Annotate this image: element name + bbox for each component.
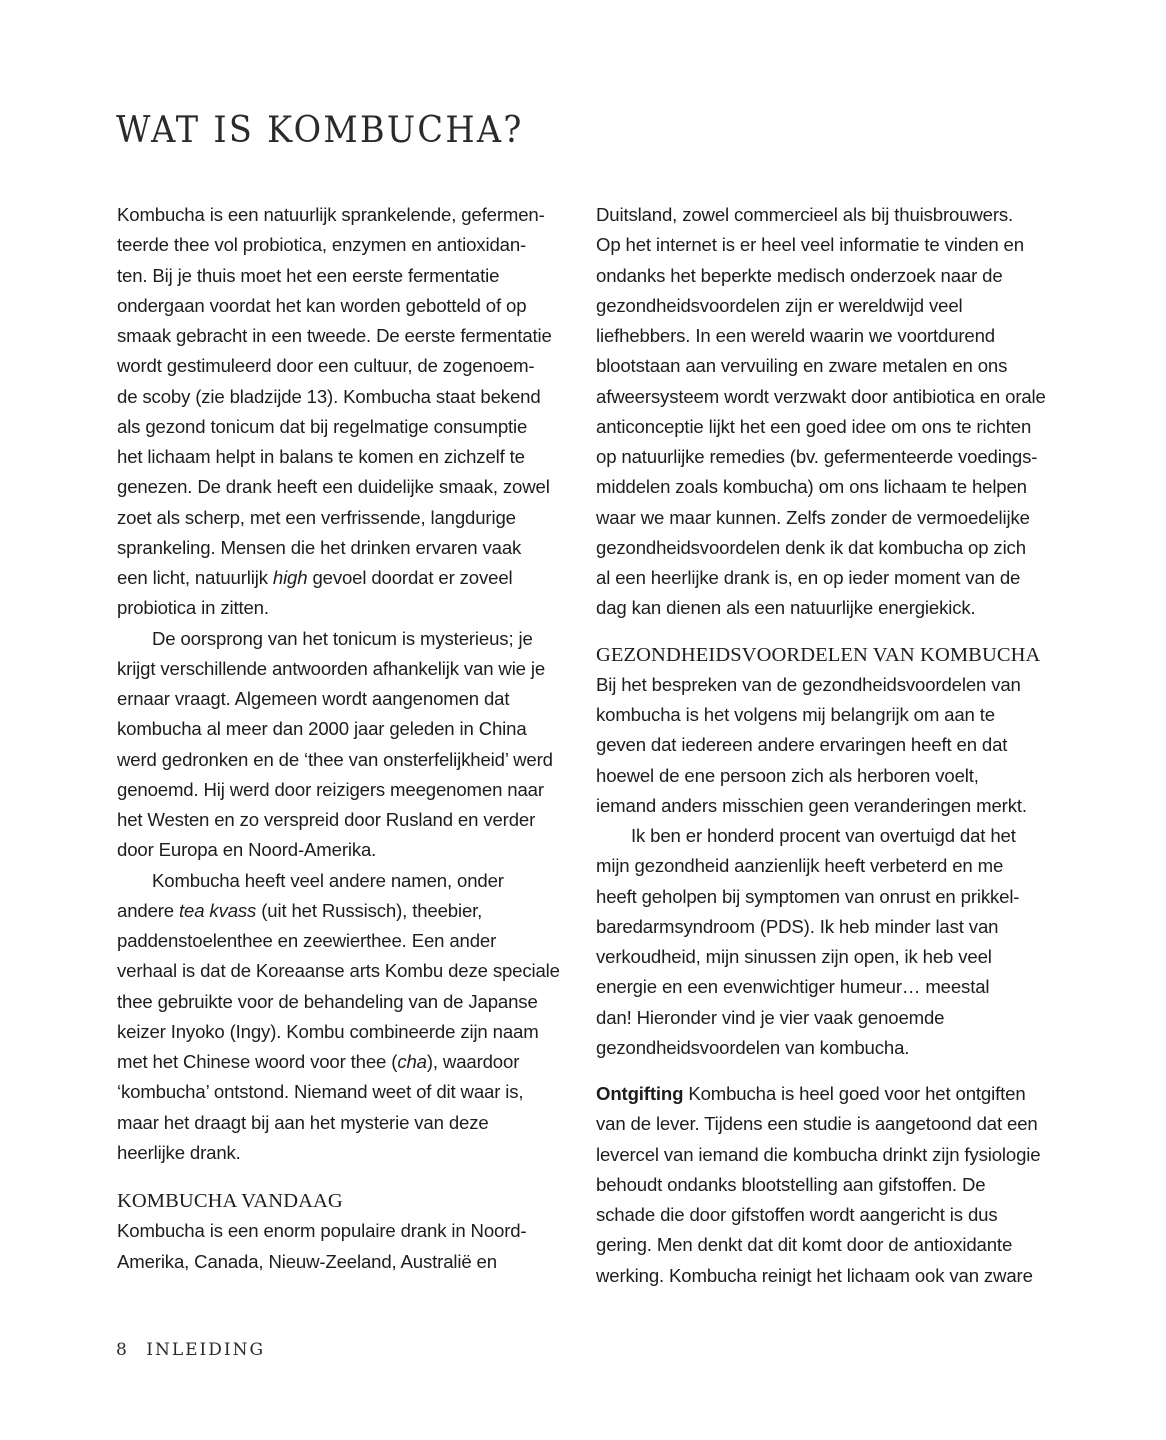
text-line: gering. Men denkt dat dit komt door de a… bbox=[596, 1230, 1056, 1260]
text-line: waar we maar kunnen. Zelfs zonder de ver… bbox=[596, 503, 1056, 533]
text-line: schade die door gifstoffen wordt aangeri… bbox=[596, 1200, 1056, 1230]
text-line: al een heerlijke drank is, en op ieder m… bbox=[596, 563, 1056, 593]
spacer bbox=[596, 1063, 1056, 1079]
page-title: WAT IS KOMBUCHA? bbox=[116, 110, 524, 151]
text-line: heerlijke drank. bbox=[117, 1138, 579, 1168]
text-line: Amerika, Canada, Nieuw-Zeeland, Australi… bbox=[117, 1247, 579, 1277]
text-line: dag kan dienen als een natuurlijke energ… bbox=[596, 593, 1056, 623]
spacer bbox=[117, 1168, 579, 1186]
text-line: de scoby (zie bladzijde 13). Kombucha st… bbox=[117, 382, 579, 412]
text-line: teerde thee vol probiotica, enzymen en a… bbox=[117, 230, 579, 260]
text-line: sprankeling. Mensen die het drinken erva… bbox=[117, 533, 579, 563]
text-segment: met het Chinese woord voor thee ( bbox=[117, 1051, 397, 1072]
text-segment: andere bbox=[117, 900, 179, 921]
text-line: werking. Kombucha reinigt het lichaam oo… bbox=[596, 1261, 1056, 1291]
text-segment: ), waardoor bbox=[427, 1051, 519, 1072]
text-segment: een licht, natuurlijk bbox=[117, 567, 273, 588]
text-line: krijgt verschillende antwoorden afhankel… bbox=[117, 654, 579, 684]
text-line: Ik ben er honderd procent van overtuigd … bbox=[596, 821, 1056, 851]
text-line: paddenstoelenthee en zeewierthee. Een an… bbox=[117, 926, 579, 956]
text-line: een licht, natuurlijk high gevoel doorda… bbox=[117, 563, 579, 593]
text-line: keizer Inyoko (Ingy). Kombu combineerde … bbox=[117, 1017, 579, 1047]
today-paragraph: Kombucha is een enorm populaire drank in… bbox=[117, 1216, 579, 1277]
benefits-intro-paragraph: Bij het bespreken van de gezondheidsvoor… bbox=[596, 670, 1056, 821]
text-segment: gevoel doordat er zoveel bbox=[307, 567, 512, 588]
text-line: van de lever. Tijdens een studie is aang… bbox=[596, 1109, 1056, 1139]
text-line: anticonceptie lijkt het een goed idee om… bbox=[596, 412, 1056, 442]
text-line: levercel van iemand die kombucha drinkt … bbox=[596, 1140, 1056, 1170]
text-line: blootstaan aan vervuiling en zware metal… bbox=[596, 351, 1056, 381]
text-line: ‘kombucha’ ontstond. Niemand weet of dit… bbox=[117, 1077, 579, 1107]
text-line: kombucha is het volgens mij belangrijk o… bbox=[596, 700, 1056, 730]
bold-run-in-heading: Ontgifting bbox=[596, 1083, 683, 1104]
text-line: Kombucha heeft veel andere namen, onder bbox=[117, 866, 579, 896]
text-line: baredarmsyndroom (PDS). Ik heb minder la… bbox=[596, 912, 1056, 942]
text-line: ernaar vraagt. Algemeen wordt aangenomen… bbox=[117, 684, 579, 714]
text-line: iemand anders misschien geen verandering… bbox=[596, 791, 1056, 821]
origin-paragraph: De oorsprong van het tonicum is mysterie… bbox=[117, 624, 579, 866]
text-line: Op het internet is er heel veel informat… bbox=[596, 230, 1056, 260]
spacer bbox=[596, 624, 1056, 640]
text-line: het Westen en zo verspreid door Rusland … bbox=[117, 805, 579, 835]
text-line: afweersysteem wordt verzwakt door antibi… bbox=[596, 382, 1056, 412]
personal-paragraph: Ik ben er honderd procent van overtuigd … bbox=[596, 821, 1056, 1063]
text-line: middelen zoals kombucha) om ons lichaam … bbox=[596, 472, 1056, 502]
text-line: ondergaan voordat het kan worden gebotte… bbox=[117, 291, 579, 321]
text-line: liefhebbers. In een wereld waarin we voo… bbox=[596, 321, 1056, 351]
text-line: gezondheidsvoordelen van kombucha. bbox=[596, 1033, 1056, 1063]
text-line: heeft geholpen bij symptomen van onrust … bbox=[596, 882, 1056, 912]
page-number: 8 bbox=[116, 1340, 129, 1360]
text-line: als gezond tonicum dat bij regelmatige c… bbox=[117, 412, 579, 442]
left-column: Kombucha is een natuurlijk sprankelende,… bbox=[117, 200, 579, 1277]
text-segment: (uit het Russisch), theebier, bbox=[256, 900, 482, 921]
continued-paragraph: Duitsland, zowel commercieel als bij thu… bbox=[596, 200, 1056, 624]
italic-term: cha bbox=[397, 1051, 427, 1072]
section-heading-gezondheidsvoordelen: GEZONDHEIDSVOORDELEN VAN KOMBUCHA bbox=[596, 640, 1056, 670]
text-line: verhaal is dat de Koreaanse arts Kombu d… bbox=[117, 956, 579, 986]
text-line: mijn gezondheid aanzienlijk heeft verbet… bbox=[596, 851, 1056, 881]
detox-paragraph: Ontgifting Kombucha is heel goed voor he… bbox=[596, 1079, 1056, 1291]
text-line: Kombucha is een enorm populaire drank in… bbox=[117, 1216, 579, 1246]
text-line: behoudt ondanks blootstelling aan gifsto… bbox=[596, 1170, 1056, 1200]
text-line: andere tea kvass (uit het Russisch), the… bbox=[117, 896, 579, 926]
text-line: kombucha al meer dan 2000 jaar geleden i… bbox=[117, 714, 579, 744]
text-line: genoemd. Hij werd door reizigers meegeno… bbox=[117, 775, 579, 805]
text-line: het lichaam helpt in balans te komen en … bbox=[117, 442, 579, 472]
text-line: door Europa en Noord-Amerika. bbox=[117, 835, 579, 865]
section-heading-kombucha-vandaag: KOMBUCHA VANDAAG bbox=[117, 1186, 579, 1216]
text-line: werd gedronken en de ‘thee van onsterfel… bbox=[117, 745, 579, 775]
intro-paragraph: Kombucha is een natuurlijk sprankelende,… bbox=[117, 200, 579, 624]
text-line: smaak gebracht in een tweede. De eerste … bbox=[117, 321, 579, 351]
text-line: verkoudheid, mijn sinussen zijn open, ik… bbox=[596, 942, 1056, 972]
text-segment: Kombucha is heel goed voor het ontgiften bbox=[683, 1083, 1025, 1104]
text-line: op natuurlijke remedies (bv. gefermentee… bbox=[596, 442, 1056, 472]
text-line: met het Chinese woord voor thee (cha), w… bbox=[117, 1047, 579, 1077]
text-line: Bij het bespreken van de gezondheidsvoor… bbox=[596, 670, 1056, 700]
text-line: Ontgifting Kombucha is heel goed voor he… bbox=[596, 1079, 1056, 1109]
names-paragraph: Kombucha heeft veel andere namen, onder … bbox=[117, 866, 579, 1169]
section-name: INLEIDING bbox=[146, 1340, 265, 1360]
italic-term: tea kvass bbox=[179, 900, 256, 921]
italic-term: high bbox=[273, 567, 308, 588]
text-line: De oorsprong van het tonicum is mysterie… bbox=[117, 624, 579, 654]
text-line: ten. Bij je thuis moet het een eerste fe… bbox=[117, 261, 579, 291]
text-line: geven dat iedereen andere ervaringen hee… bbox=[596, 730, 1056, 760]
text-line: hoewel de ene persoon zich als herboren … bbox=[596, 761, 1056, 791]
right-column: Duitsland, zowel commercieel als bij thu… bbox=[596, 200, 1056, 1291]
text-line: Kombucha is een natuurlijk sprankelende,… bbox=[117, 200, 579, 230]
page-footer: 8 INLEIDING bbox=[116, 1340, 265, 1360]
text-line: wordt gestimuleerd door een cultuur, de … bbox=[117, 351, 579, 381]
text-line: thee gebruikte voor de behandeling van d… bbox=[117, 987, 579, 1017]
text-line: probiotica in zitten. bbox=[117, 593, 579, 623]
text-line: Duitsland, zowel commercieel als bij thu… bbox=[596, 200, 1056, 230]
text-line: gezondheidsvoordelen zijn er wereldwijd … bbox=[596, 291, 1056, 321]
text-line: ondanks het beperkte medisch onderzoek n… bbox=[596, 261, 1056, 291]
text-line: dan! Hieronder vind je vier vaak genoemd… bbox=[596, 1003, 1056, 1033]
text-line: zoet als scherp, met een verfrissende, l… bbox=[117, 503, 579, 533]
text-line: energie en een evenwichtiger humeur… mee… bbox=[596, 972, 1056, 1002]
text-line: genezen. De drank heeft een duidelijke s… bbox=[117, 472, 579, 502]
text-line: maar het draagt bij aan het mysterie van… bbox=[117, 1108, 579, 1138]
text-line: gezondheidsvoordelen denk ik dat kombuch… bbox=[596, 533, 1056, 563]
